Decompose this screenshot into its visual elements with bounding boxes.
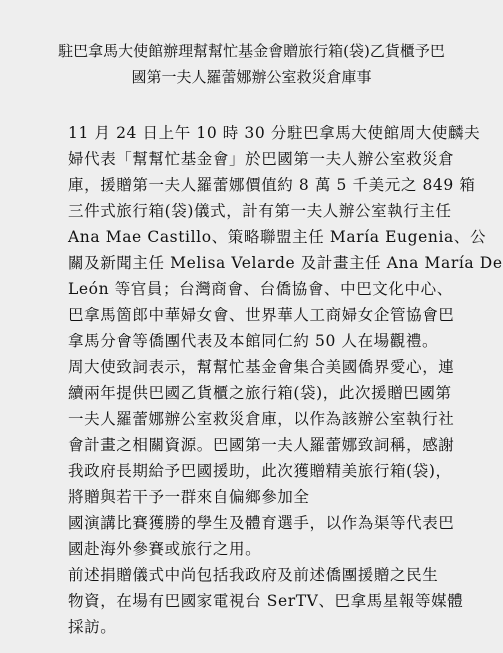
paragraph-line: 關及新聞主任 Melisa Velarde 及計畫主任 Ana María De [68, 250, 448, 276]
paragraph-line: 拿馬分會等僑團代表及本館同仁約 50 人在場觀禮。 [68, 328, 448, 354]
paragraph-line: 巴拿馬箇郎中華婦女會、世界華人工商婦女企管協會巴 [68, 302, 448, 328]
paragraph-line: 會計畫之相關資源。巴國第一夫人羅蕾娜致詞稱，感謝 [68, 432, 448, 458]
paragraph-line: 前述捐贈儀式中尚包括我政府及前述僑團援贈之民生 [68, 562, 448, 588]
paragraph-line: 周大使致詞表示，幫幫忙基金會集合美國僑界愛心，連 [68, 354, 448, 380]
paragraph-line: 將贈與若干予一群來自偏鄉參加全 [68, 484, 448, 510]
paragraph-line: 婦代表「幫幫忙基金會」於巴國第一夫人辦公室救災倉 [68, 146, 448, 172]
document-title-line-1: 駐巴拿馬大使館辦理幫幫忙基金會贈旅行箱(袋)乙貨櫃予巴 [0, 38, 503, 64]
paragraph-line: 國演講比賽獲勝的學生及體育選手，以作為渠等代表巴 [68, 510, 448, 536]
paragraph-line: 11 月 24 日上午 10 時 30 分駐巴拿馬大使館周大使麟夫 [68, 120, 448, 146]
paragraph-line: 物資，在場有巴國家電視台 SerTV、巴拿馬星報等媒體 [68, 588, 448, 614]
paragraph-line: 一夫人羅蕾娜辦公室救災倉庫，以作為該辦公室執行社 [68, 406, 448, 432]
paragraph-line: 庫，援贈第一夫人羅蕾娜價值約 8 萬 5 千美元之 849 箱 [68, 172, 448, 198]
paragraph-line: 三件式旅行箱(袋)儀式，計有第一夫人辦公室執行主任 [68, 198, 448, 224]
paragraph-line: 我政府長期給予巴國援助，此次獲贈精美旅行箱(袋)， [68, 458, 448, 484]
document-title-line-2: 國第一夫人羅蕾娜辦公室救災倉庫事 [0, 64, 503, 90]
paragraph-line: 國赴海外參賽或旅行之用。 [68, 536, 448, 562]
paragraph-line: 續兩年提供巴國乙貨櫃之旅行箱(袋)，此次援贈巴國第 [68, 380, 448, 406]
paragraph-line: 採訪。 [68, 614, 448, 640]
paragraph-line: León 等官員；台灣商會、台僑協會、中巴文化中心、 [68, 276, 448, 302]
paragraph-line: Ana Mae Castillo、策略聯盟主任 María Eugenia、公 [68, 224, 448, 250]
